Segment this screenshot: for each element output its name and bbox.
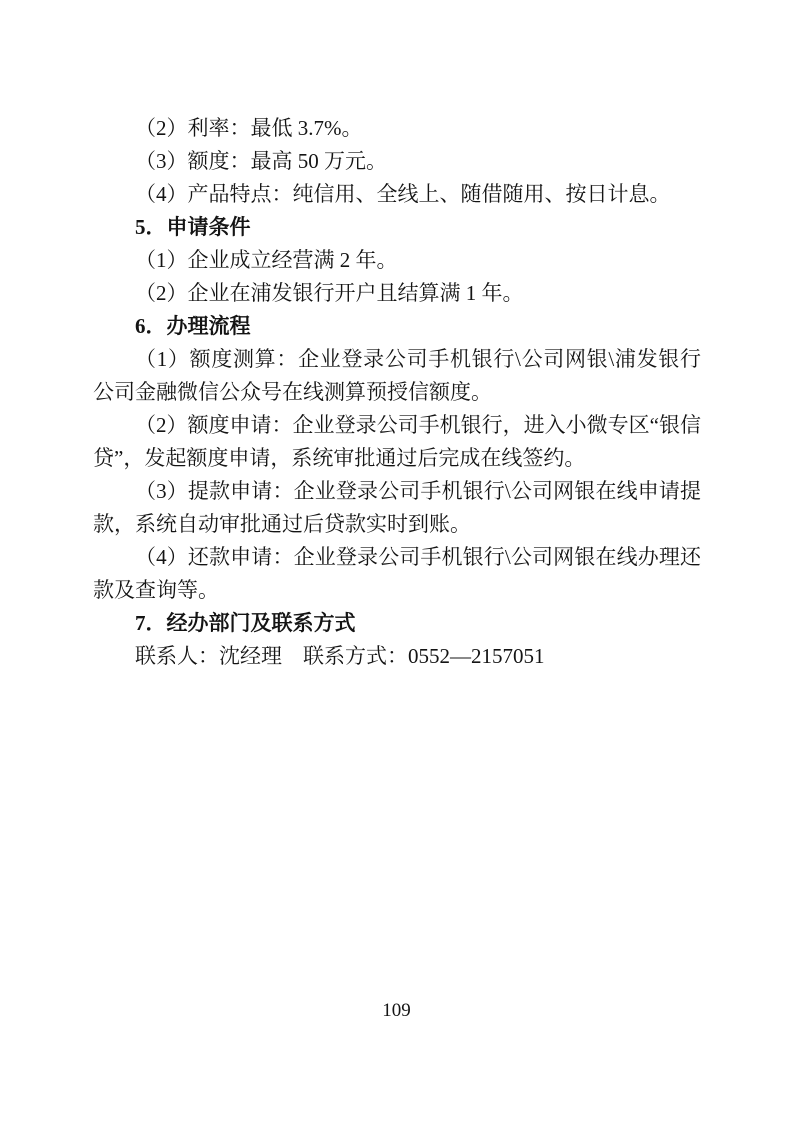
document-body: （2）利率：最低 3.7%。 （3）额度：最高 50 万元。 （4）产品特点：纯…: [93, 112, 701, 673]
paragraph-contact: 联系人：沈经理 联系方式：0552—2157051: [93, 640, 701, 673]
document-page: （2）利率：最低 3.7%。 （3）额度：最高 50 万元。 （4）产品特点：纯…: [0, 0, 793, 1122]
page-number: 109: [0, 997, 793, 1025]
section-heading-5: 5．申请条件: [93, 211, 701, 244]
paragraph-process-2: （2）额度申请：企业登录公司手机银行，进入小微专区“银信贷”，发起额度申请，系统…: [93, 409, 701, 475]
paragraph-amount: （3）额度：最高 50 万元。: [93, 145, 701, 178]
paragraph-process-3: （3）提款申请：企业登录公司手机银行\公司网银在线申请提款，系统自动审批通过后贷…: [93, 475, 701, 541]
paragraph-process-1: （1）额度测算：企业登录公司手机银行\公司网银\浦发银行公司金融微信公众号在线测…: [93, 343, 701, 409]
section-heading-6: 6．办理流程: [93, 310, 701, 343]
paragraph-condition-2: （2）企业在浦发银行开户且结算满 1 年。: [93, 277, 701, 310]
paragraph-condition-1: （1）企业成立经营满 2 年。: [93, 244, 701, 277]
paragraph-process-4: （4）还款申请：企业登录公司手机银行\公司网银在线办理还款及查询等。: [93, 541, 701, 607]
paragraph-features: （4）产品特点：纯信用、全线上、随借随用、按日计息。: [93, 178, 701, 211]
paragraph-rate: （2）利率：最低 3.7%。: [93, 112, 701, 145]
section-heading-7: 7．经办部门及联系方式: [93, 607, 701, 640]
